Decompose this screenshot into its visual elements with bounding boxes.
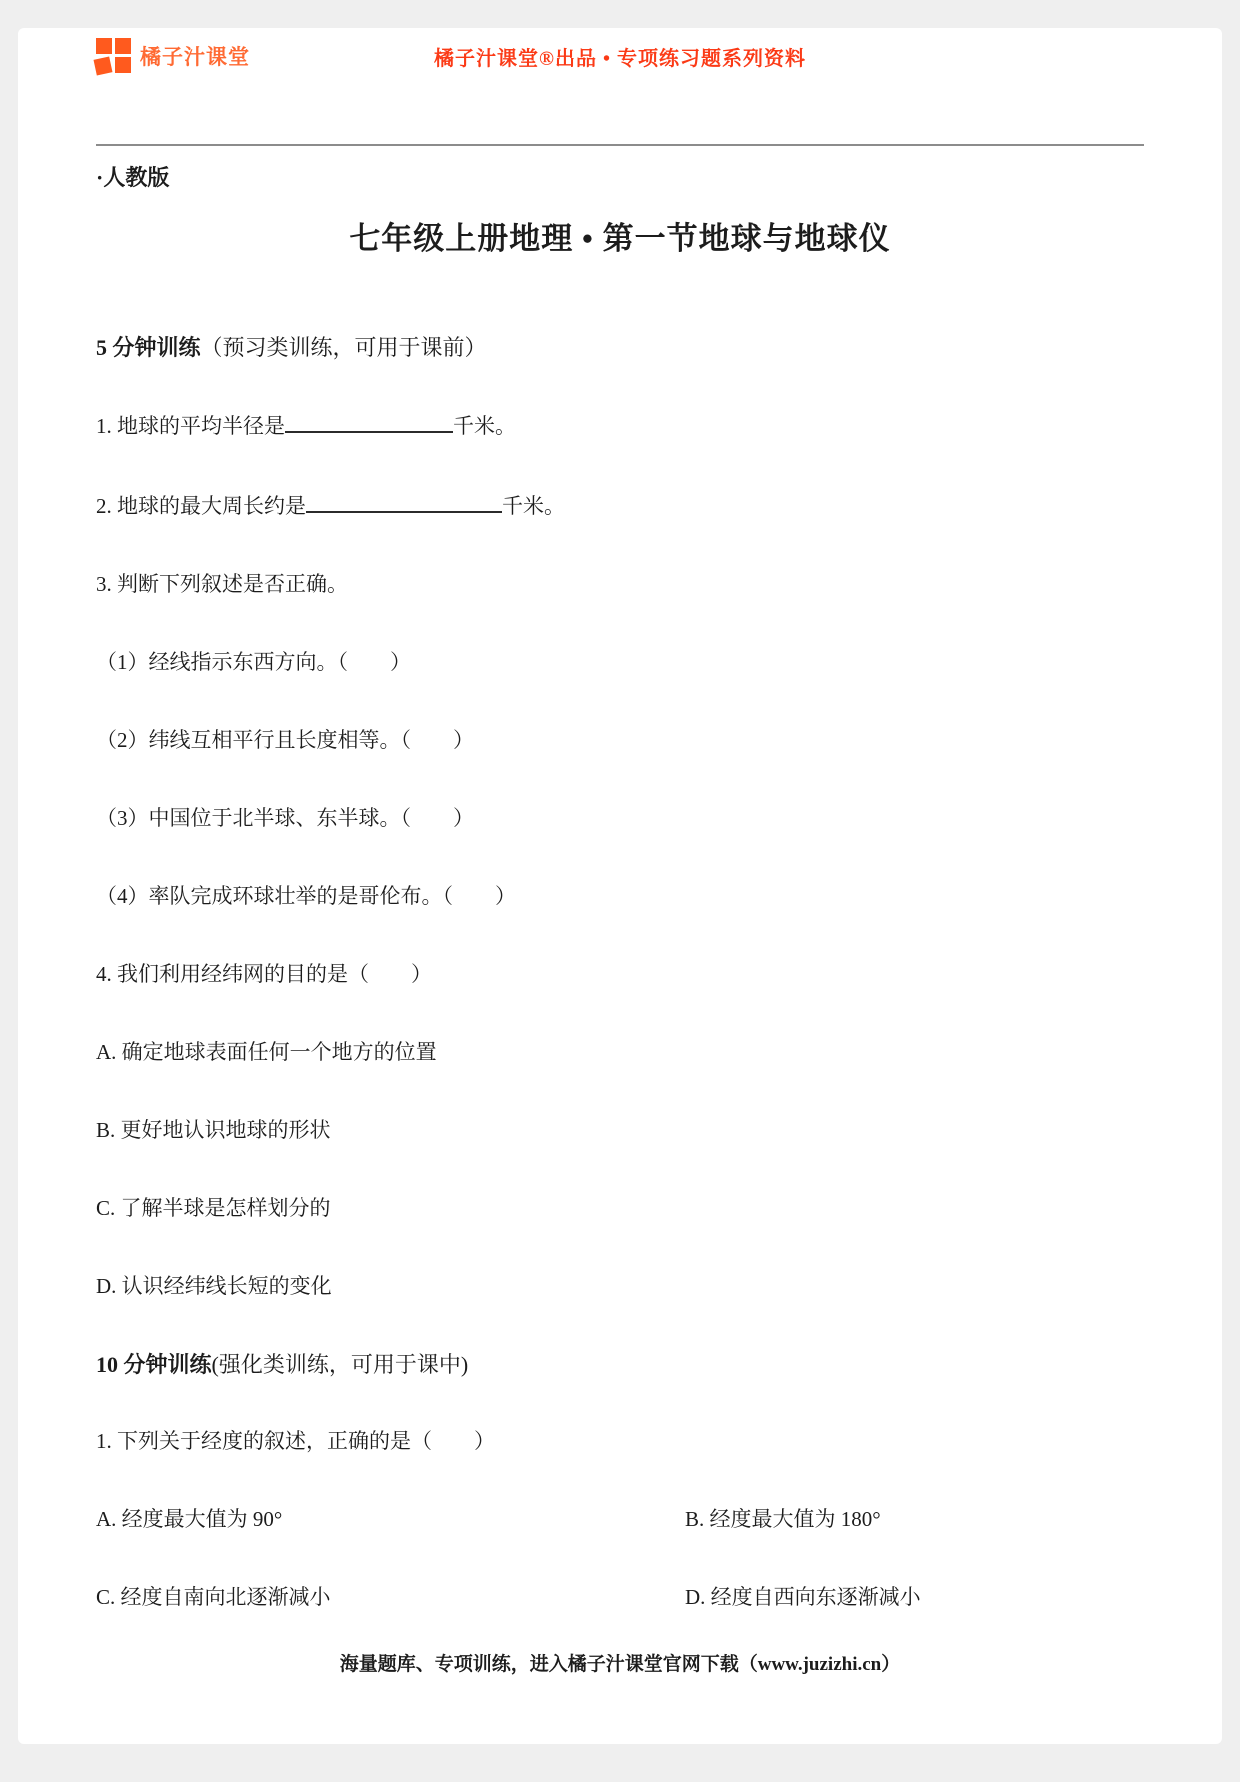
header-divider <box>96 144 1144 146</box>
section2-options-row-1: A. 经度最大值为 90° B. 经度最大值为 180° <box>96 1506 1144 1533</box>
question-1-suffix: 千米。 <box>453 414 516 438</box>
section2-options-row-2: C. 经度自南向北逐渐减小 D. 经度自西向东逐渐减小 <box>96 1584 1144 1611</box>
question-2-answer-blank <box>306 491 502 513</box>
question-2-prefix: 2. 地球的最大周长约是 <box>96 494 306 518</box>
question-1: 1. 地球的平均半径是千米。 <box>96 411 1144 440</box>
page-title: 七年级上册地理 • 第一节地球与地球仪 <box>96 219 1144 259</box>
question-4-option-b: B. 更好地认识地球的形状 <box>96 1117 1144 1144</box>
footer-text: 海量题库、专项训练，进入橘子汁课堂官网下载（www.juzizhi.cn） <box>340 1654 901 1675</box>
question-1-answer-blank <box>285 411 453 433</box>
question-4-option-c: C. 了解半球是怎样划分的 <box>96 1195 1144 1222</box>
question-3-item-1: （1）经线指示东西方向。（ ） <box>96 649 1144 676</box>
section1-heading: 5 分钟训练（预习类训练，可用于课前） <box>96 334 1144 361</box>
question-2: 2. 地球的最大周长约是千米。 <box>96 491 1144 520</box>
question-3-item-4: （4）率队完成环球壮举的是哥伦布。（ ） <box>96 883 1144 910</box>
question-4-option-d: D. 认识经纬线长短的变化 <box>96 1273 1144 1300</box>
edition-tag: ·人教版 <box>96 164 1144 191</box>
section2-heading-note: (强化类训练，可用于课中) <box>212 1352 469 1377</box>
question-2-suffix: 千米。 <box>502 494 565 518</box>
section1-heading-note: （预习类训练，可用于课前） <box>201 335 487 360</box>
worksheet-content: ·人教版 七年级上册地理 • 第一节地球与地球仪 5 分钟训练（预习类训练，可用… <box>18 164 1222 1611</box>
section2-option-a: A. 经度最大值为 90° <box>96 1506 685 1533</box>
section2-option-c: C. 经度自南向北逐渐减小 <box>96 1584 685 1611</box>
page-background: { "colors": { "brand_orange": "#ff5a1e",… <box>0 28 1240 1782</box>
section2-heading-bold: 10 分钟训练 <box>96 1352 212 1377</box>
header-series-label: 橘子汁课堂®出品 • 专项练习题系列资料 <box>18 42 1222 71</box>
question-1-prefix: 1. 地球的平均半径是 <box>96 414 285 438</box>
page-header: 橘子汁课堂 橘子汁课堂®出品 • 专项练习题系列资料 <box>18 28 1222 86</box>
worksheet-page: 橘子汁课堂 橘子汁课堂®出品 • 专项练习题系列资料 ·人教版 七年级上册地理 … <box>18 28 1222 1744</box>
question-3-item-2: （2）纬线互相平行且长度相等。（ ） <box>96 727 1144 754</box>
question-3: 3. 判断下列叙述是否正确。 <box>96 571 1144 598</box>
section2-question-1: 1. 下列关于经度的叙述，正确的是（ ） <box>96 1428 1144 1455</box>
section2-option-d: D. 经度自西向东逐渐减小 <box>685 1584 1144 1611</box>
page-footer: 海量题库、专项训练，进入橘子汁课堂官网下载（www.juzizhi.cn） <box>18 1651 1222 1678</box>
section1-heading-bold: 5 分钟训练 <box>96 335 201 360</box>
question-4-option-a: A. 确定地球表面任何一个地方的位置 <box>96 1039 1144 1066</box>
question-3-item-3: （3）中国位于北半球、东半球。（ ） <box>96 805 1144 832</box>
question-4: 4. 我们利用经纬网的目的是（ ） <box>96 961 1144 988</box>
section2-option-b: B. 经度最大值为 180° <box>685 1506 1144 1533</box>
section2-heading: 10 分钟训练(强化类训练，可用于课中) <box>96 1351 1144 1378</box>
